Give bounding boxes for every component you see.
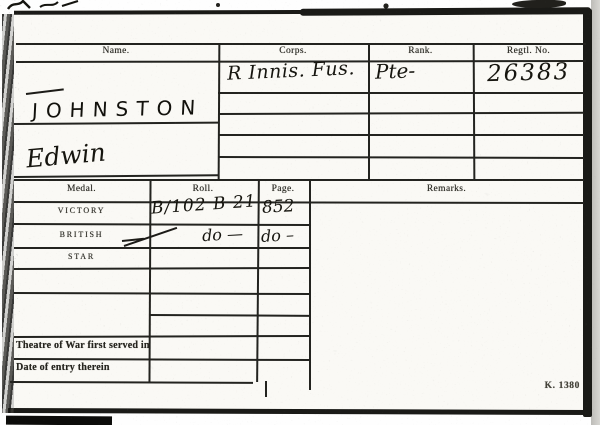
victory-page-entry: 852 [261,196,294,218]
page-column-header: Page. [257,184,309,194]
scanner-edge-band [591,0,600,425]
card-border-right [583,9,592,417]
grid-line-header-top [16,43,586,45]
remarks-column-header: Remarks. [309,184,584,194]
grid-line-corps-rank-divider [368,43,370,180]
form-reference-number: K. 1380 [500,381,580,391]
theatre-of-war-label: Theatre of War first served in [16,340,150,351]
scan-black-blob-bottom-left [6,416,112,425]
british-roll-ditto: do — [202,224,244,245]
name-column-header: Name. [14,46,218,56]
medal-row-label-star: Star [14,252,149,261]
grid-line-corps-row [218,134,584,136]
surname-entry: JOHNSTON [31,95,203,123]
regtl-no-column-header: Regtl. No. [473,46,584,56]
medal-index-card-scan: Name. Corps. Rank. Regtl. No. Medal. Rol… [0,0,600,425]
regtl-no-entry: 26383 [487,59,571,87]
grid-line-divider-stub [265,381,267,397]
grid-line-page-remarks-divider [309,180,311,390]
grid-line-british-row [14,247,310,249]
grid-line-corps-row [218,92,584,94]
card-border-bottom [8,408,591,415]
british-page-ditto: do – [261,225,295,246]
grid-line-medal-section-top [14,179,584,181]
rank-entry: Pte- [375,58,416,83]
rank-column-header: Rank. [368,46,473,56]
medal-row-label-british: British [14,230,149,239]
card-border-left [2,14,14,413]
medal-column-header: Medal. [14,184,149,194]
corps-column-header: Corps. [218,46,368,56]
medal-row-label-victory: Victory [14,206,149,215]
date-of-entry-label: Date of entry therein [16,362,110,373]
